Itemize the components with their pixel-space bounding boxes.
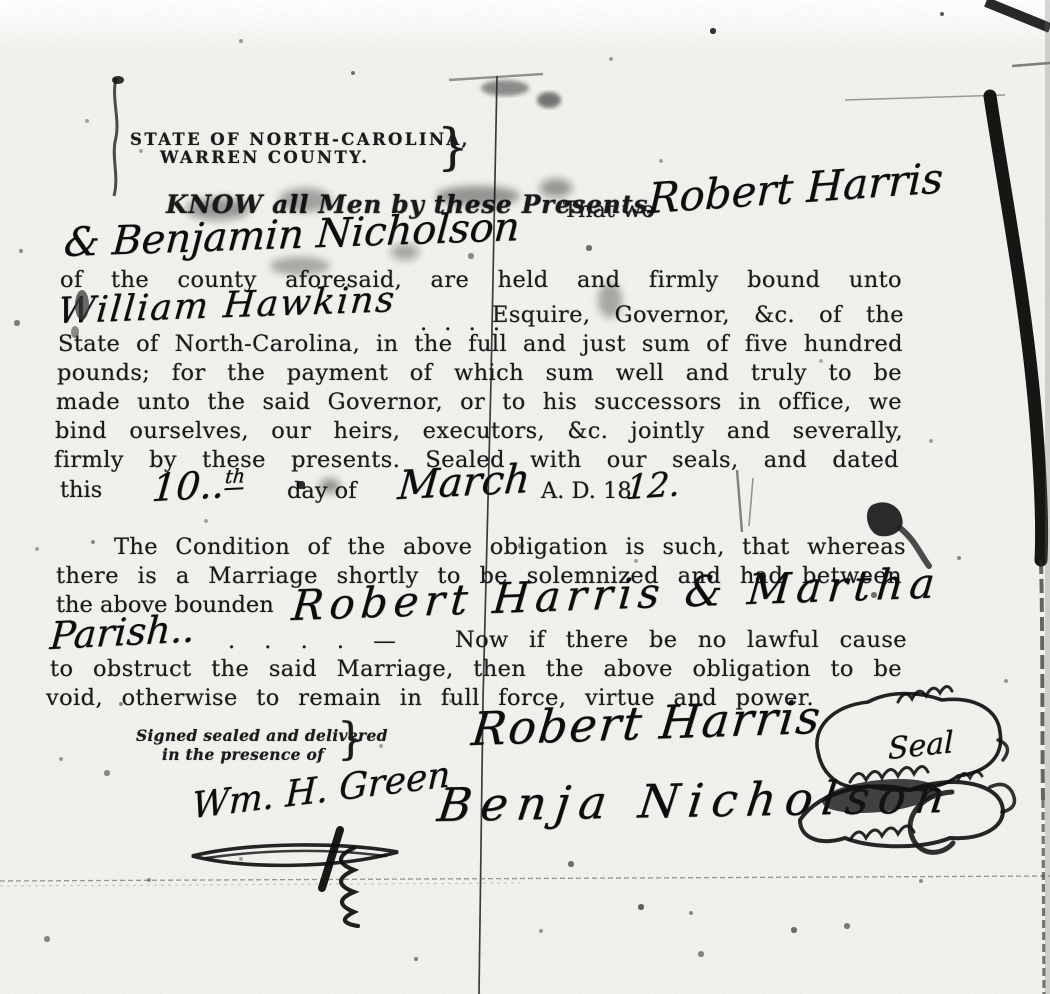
condition-line-5: to obstruct the said Marriage, then the … [50, 657, 902, 683]
body-line-pounds: pounds; for the payment of which sum wel… [57, 361, 902, 387]
date-day-of: day of [287, 479, 357, 505]
day-number: 10.. [150, 462, 226, 510]
body-line-made: made unto the said Governor, or to his s… [56, 390, 902, 416]
month-handwritten: March [396, 456, 532, 509]
day-number-handwritten: 10..th [150, 461, 246, 510]
bride-surname-handwritten: Parish.. [48, 606, 196, 658]
body-line-bind: bind ourselves, our heirs, executors, &c… [55, 419, 903, 445]
body-line-state: State of North-Carolina, in the full and… [58, 332, 903, 358]
fill-marks: . . . . — [228, 629, 407, 655]
obligor1-signature-inline: Robert Harris [647, 153, 944, 223]
obligor2-signature-inline: & Benjamin Nicholson [62, 204, 521, 266]
condition-line-1: The Condition of the above obligation is… [114, 535, 906, 561]
signature-benjamin-nicholson: Benja Nicholson [435, 769, 957, 832]
attestation-brace: } [337, 718, 365, 762]
day-ordinal: th [224, 465, 246, 490]
date-ad-printed: A. D. 18 [541, 479, 632, 505]
horizontal-fold-line [0, 876, 1050, 886]
signature-witness-green: Wm. H. Green [191, 754, 451, 827]
attestation-line-2: in the presence of [162, 746, 324, 764]
condition-line-4: Now if there be no lawful cause [455, 628, 907, 654]
body-line-esquire: Esquire, Governor, &c. of the [492, 303, 904, 329]
seal-word: Seal [888, 725, 953, 767]
that-we-label: That we [563, 198, 655, 224]
document-scan: STATE OF NORTH-CAROLINA, WARREN COUNTY. … [0, 0, 1050, 994]
witness-flourish [192, 830, 398, 926]
year-handwritten: 12. [625, 464, 682, 508]
header-county-line: WARREN COUNTY. [160, 149, 369, 168]
signature-robert-harris: Robert Harris [469, 690, 824, 756]
header-brace: } [437, 122, 469, 172]
paper-top-highlight [0, 0, 1050, 52]
date-this-word: this [60, 478, 102, 504]
right-edge-ink-streak [845, 0, 1050, 994]
dust-specks [0, 0, 2, 2]
